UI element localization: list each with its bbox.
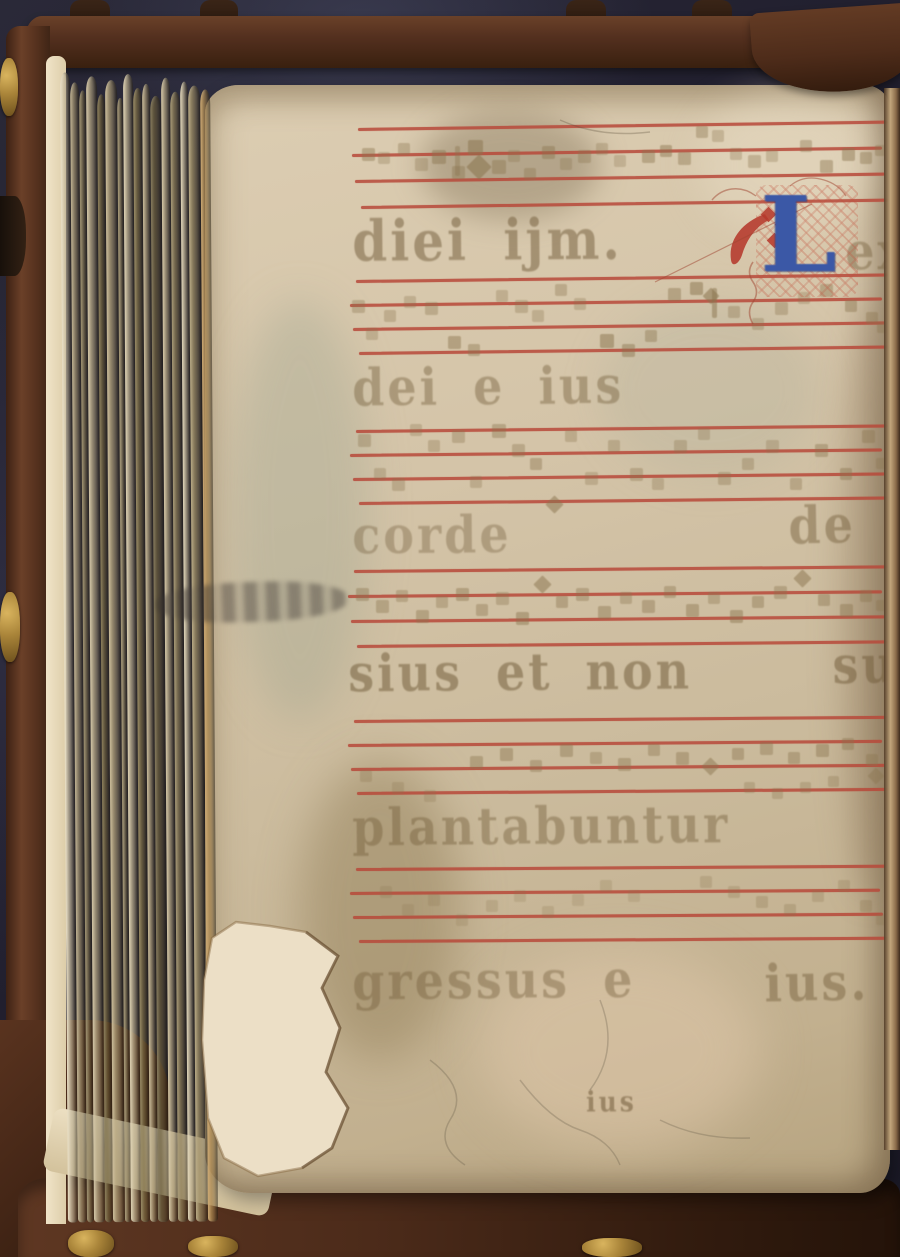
manuscript-photo: diei ijm.exdei e iuscordede ipsius et no… xyxy=(0,0,900,1257)
brass-clasp xyxy=(0,58,18,116)
brass-foot xyxy=(68,1230,114,1257)
illuminated-initial: L xyxy=(748,183,866,303)
page-edge-stack xyxy=(60,67,218,1222)
brass-foot xyxy=(188,1236,238,1257)
stain xyxy=(420,110,600,220)
brass-pin xyxy=(0,592,20,662)
stain xyxy=(480,950,760,1150)
brass-foot xyxy=(582,1238,642,1257)
clasp-hook xyxy=(0,196,26,276)
stain xyxy=(230,300,370,720)
fore-edge-strip xyxy=(884,88,900,1150)
top-leather-edge xyxy=(24,16,784,68)
initial-letter: L xyxy=(760,187,837,283)
stain xyxy=(300,760,460,1060)
stain xyxy=(600,300,820,480)
